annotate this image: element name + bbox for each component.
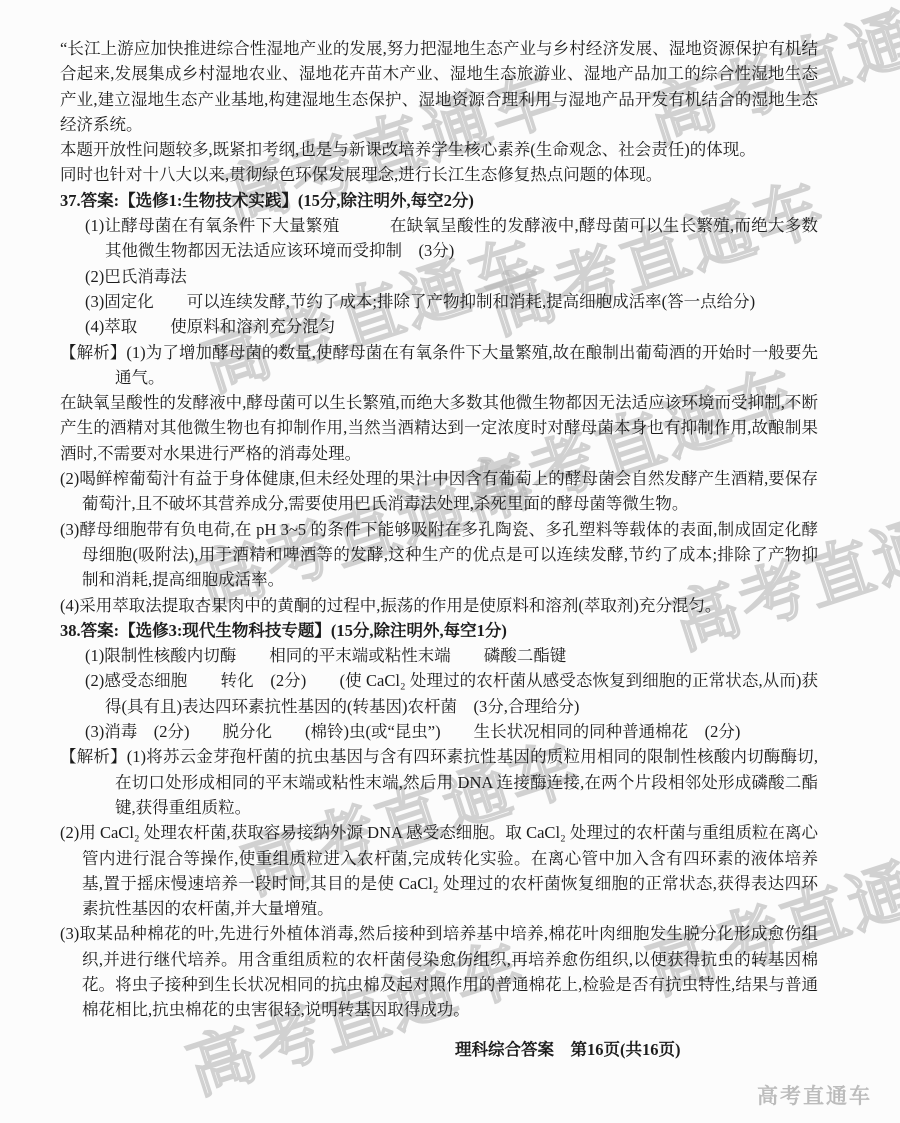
q37-analysis-1: 【解析】(1)为了增加酵母菌的数量,使酵母菌在有氧条件下大量繁殖,故在酿制出葡萄… [60,340,818,391]
q37-analysis-3: (3)酵母细胞带有负电荷,在 pH 3~5 的条件下能够吸附在多孔陶瓷、多孔塑料… [60,517,818,593]
q37-analysis-1b: 在缺氧呈酸性的发酵液中,酵母菌可以生长繁殖,而绝大多数其他微生物都因无法适应该环… [60,390,818,466]
q38-answer-1: (1)限制性核酸内切酶 相同的平末端或粘性末端 磷酸二酯键 [60,643,818,668]
intro-paragraph-1: “长江上游应加快推进综合性湿地产业的发展,努力把湿地生态产业与乡村经济发展、湿地… [60,36,818,137]
brand-logo: 高考直通车 [757,1080,872,1110]
q37-analysis-1-text: (1)为了增加酵母菌的数量,使酵母菌在有氧条件下大量繁殖,故在酿制出葡萄酒的开始… [115,343,818,387]
q37-answer-1: (1)让酵母菌在有氧条件下大量繁殖 在缺氧呈酸性的发酵液中,酵母菌可以生长繁殖,… [60,213,818,264]
q37-analysis-4: (4)采用萃取法提取杏果肉中的黄酮的过程中,振荡的作用是使原料和溶剂(萃取剂)充… [60,593,818,618]
footer-page-label: 理科综合答案 第16页(共16页) [455,1036,681,1060]
q37-analysis-2: (2)喝鲜榨葡萄汁有益于身体健康,但未经处理的果汁中因含有葡萄上的酵母菌会自然发… [60,466,818,517]
question-38-header: 38.答案:【选修3:现代生物科技专题】(15分,除注明外,每空1分) [60,618,818,643]
q38-answer-3: (3)消毒 (2分) 脱分化 (棉铃)虫(或“昆虫”) 生长状况相同的同种普通棉… [60,719,818,744]
q38-answer-2: (2)感受态细胞 转化 (2分) (使 CaCl₂ 处理过的农杆菌从感受态恢复到… [60,668,818,719]
intro-paragraph-2: 本题开放性问题较多,既紧扣考纲,也是与新课改培养学生核心素养(生命观念、社会责任… [60,137,818,162]
q37-answer-2: (2)巴氏消毒法 [60,264,818,289]
analysis-label: 【解析】 [60,343,126,362]
q38-analysis-1: 【解析】(1)将苏云金芽孢杆菌的抗虫基因与含有四环素抗性基因的质粒用相同的限制性… [60,744,818,820]
intro-paragraph-3: 同时也针对十八大以来,贯彻绿色环保发展理念,进行长江生态修复热点问题的体现。 [60,162,818,187]
q38-analysis-2: (2)用 CaCl₂ 处理农杆菌,获取容易接纳外源 DNA 感受态细胞。取 Ca… [60,820,818,921]
question-37-header: 37.答案:【选修1:生物技术实践】(15分,除注明外,每空2分) [60,188,818,213]
q38-analysis-3: (3)取某品种棉花的叶,先进行外植体消毒,然后接种到培养基中培养,棉花叶肉细胞发… [60,921,818,1022]
analysis-label: 【解析】 [60,747,127,766]
document-page: 高考直通车 高考直通车 高考直通车 高考直通车 高考直通车 高考直通车 高考直通… [0,0,900,1123]
q38-analysis-1-text: (1)将苏云金芽孢杆菌的抗虫基因与含有四环素抗性基因的质粒用相同的限制性核酸内切… [115,747,818,817]
answer-sheet-content: “长江上游应加快推进综合性湿地产业的发展,努力把湿地生态产业与乡村经济发展、湿地… [60,36,818,1023]
q37-answer-3: (3)固定化 可以连续发酵,节约了成本;排除了产物抑制和消耗,提高细胞成活率(答… [60,289,818,314]
q37-answer-4: (4)萃取 使原料和溶剂充分混匀 [60,314,818,339]
